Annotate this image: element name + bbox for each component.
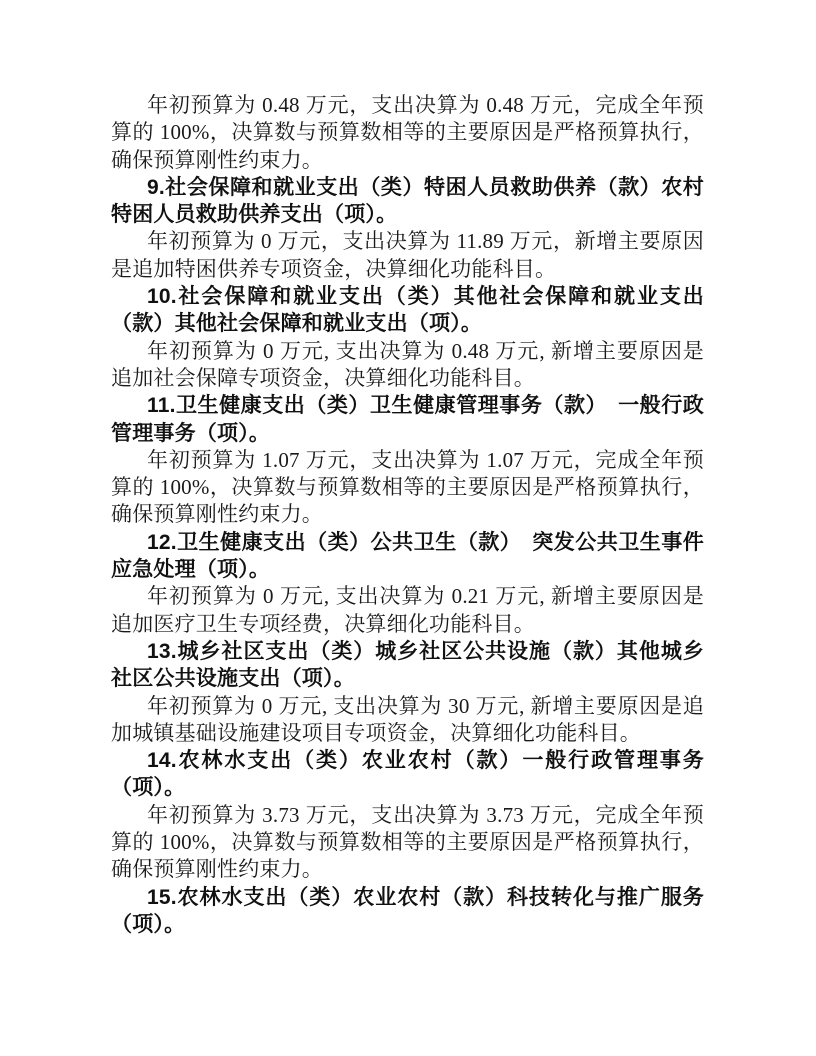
section-heading: 11.卫生健康支出（类）卫生健康管理事务（款） 一般行政管理事务（项）。 (111, 392, 704, 447)
section-heading: 15.农林水支出（类）农业农村（款）科技转化与推广服务（项）。 (111, 884, 704, 939)
body-paragraph: 年初预算为 3.73 万元，支出决算为 3.73 万元，完成全年预算的 100%… (111, 802, 704, 884)
body-paragraph: 年初预算为 0 万元，支出决算为 11.89 万元，新增主要原因是追加特困供养专… (111, 228, 704, 283)
section-heading: 14.农林水支出（类）农业农村（款）一般行政管理事务（项）。 (111, 747, 704, 802)
body-paragraph: 年初预算为 0 万元, 支出决算为 0.21 万元, 新增主要原因是追加医疗卫生… (111, 583, 704, 638)
section-heading: 12.卫生健康支出（类）公共卫生（款） 突发公共卫生事件应急处理（项）。 (111, 529, 704, 584)
body-paragraph: 年初预算为 0 万元, 支出决算为 0.48 万元, 新增主要原因是追加社会保障… (111, 338, 704, 393)
section-heading: 13.城乡社区支出（类）城乡社区公共设施（款）其他城乡社区公共设施支出（项）。 (111, 638, 704, 693)
body-paragraph: 年初预算为 1.07 万元，支出决算为 1.07 万元，完成全年预算的 100%… (111, 447, 704, 529)
body-paragraph: 年初预算为 0.48 万元，支出决算为 0.48 万元，完成全年预算的 100%… (111, 92, 704, 174)
section-heading: 9.社会保障和就业支出（类）特困人员救助供养（款）农村特困人员救助供养支出（项）… (111, 174, 704, 229)
body-paragraph: 年初预算为 0 万元, 支出决算为 30 万元, 新增主要原因是追加城镇基础设施… (111, 693, 704, 748)
document-content: 年初预算为 0.48 万元，支出决算为 0.48 万元，完成全年预算的 100%… (111, 92, 704, 938)
section-heading: 10.社会保障和就业支出（类）其他社会保障和就业支出（款）其他社会保障和就业支出… (111, 283, 704, 338)
document-page: 年初预算为 0.48 万元，支出决算为 0.48 万元，完成全年预算的 100%… (0, 0, 816, 1056)
